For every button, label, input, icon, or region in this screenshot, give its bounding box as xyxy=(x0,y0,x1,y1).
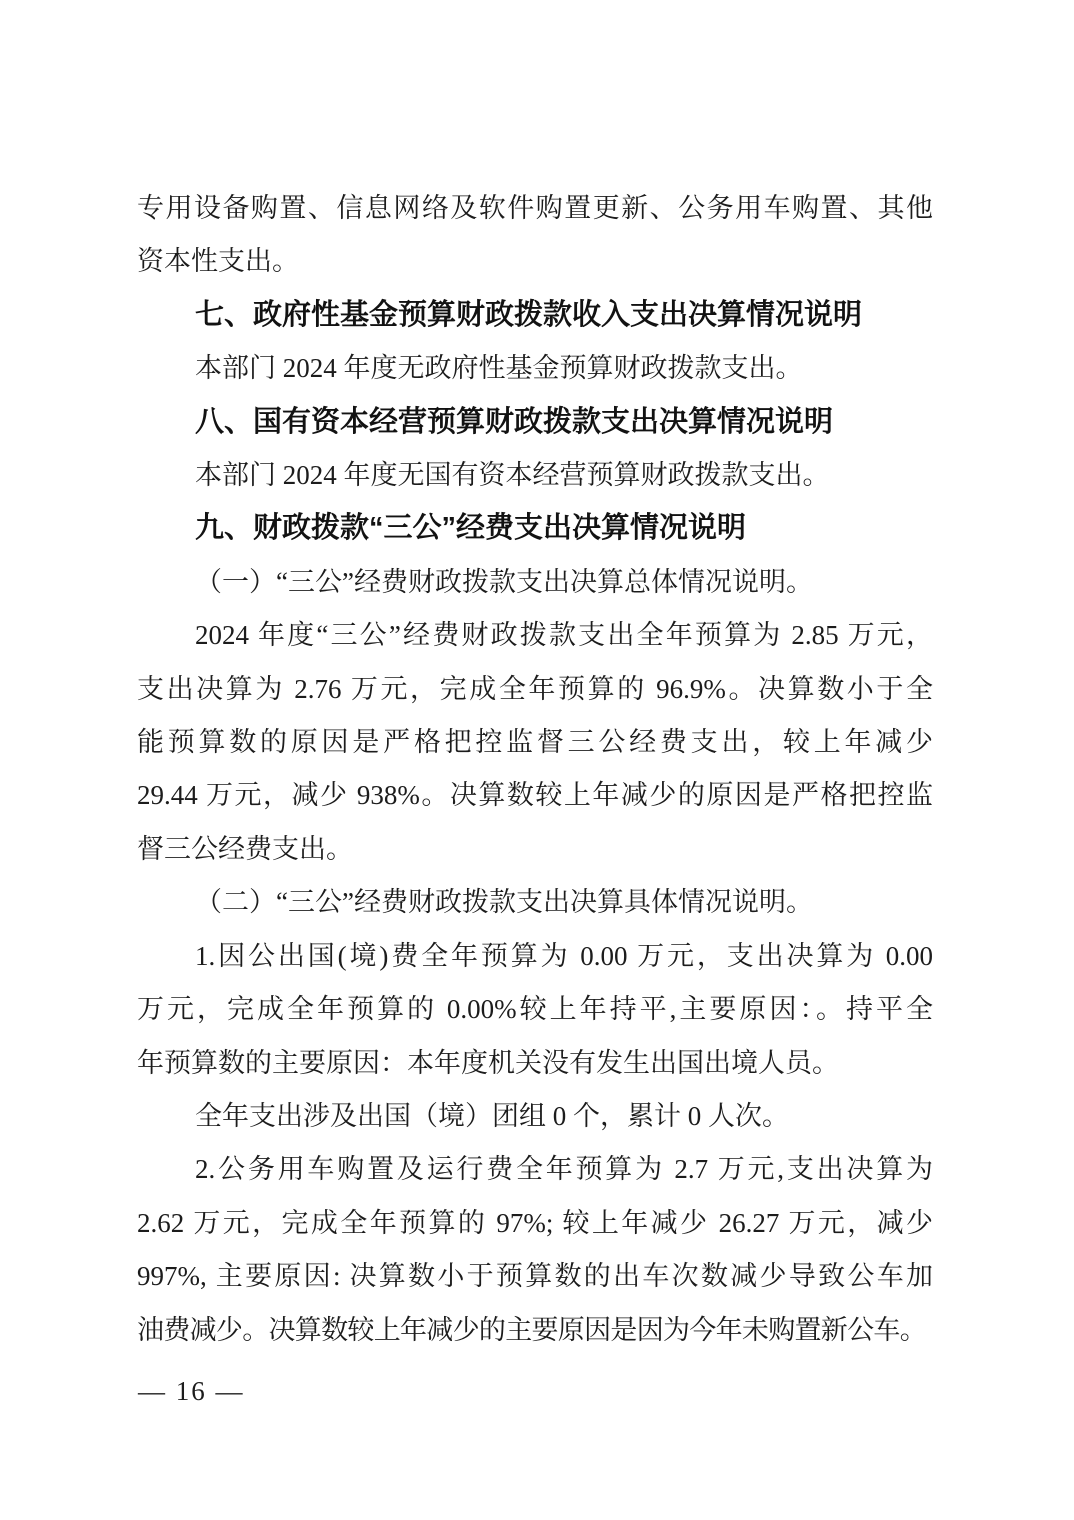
text-line: 年预算数的主要原因：本年度机关没有发生出国出境人员。 xyxy=(137,1037,933,1090)
paragraph: 2024 年度“三公”经费财政拨款支出全年预算为 2.85 万元，支出决算为 2… xyxy=(137,609,933,876)
text-line: 油费减少。决算数较上年减少的主要原因是因为今年未购置新公车。 xyxy=(137,1304,933,1357)
paragraph: （二）“三公”经费财政拨款支出决算具体情况说明。 xyxy=(137,876,933,929)
text-line: 1.因公出国(境)费全年预算为 0.00 万元，支出决算为 0.00 xyxy=(137,930,933,983)
text-line: 支出决算为 2.76 万元，完成全年预算的 96.9%。决算数小于全 xyxy=(137,663,933,716)
section-heading: 九、财政拨款“三公”经费支出决算情况说明 xyxy=(137,502,933,555)
page-footer: — 16 — xyxy=(138,1371,245,1411)
text-line: 2024 年度“三公”经费财政拨款支出全年预算为 2.85 万元， xyxy=(137,609,933,662)
text-line: 能预算数的原因是严格把控监督三公经费支出，较上年减少 xyxy=(137,716,933,769)
text-line: 997%, 主要原因: 决算数小于预算数的出车次数减少导致公车加 xyxy=(137,1250,933,1303)
text-line: 全年支出涉及出国（境）团组 0 个，累计 0 人次。 xyxy=(137,1090,933,1143)
text-line: 八、国有资本经营预算财政拨款支出决算情况说明 xyxy=(137,396,933,449)
text-line: 资本性支出。 xyxy=(137,235,933,288)
paragraph: 2.公务用车购置及运行费全年预算为 2.7 万元,支出决算为2.62 万元，完成… xyxy=(137,1143,933,1357)
paragraph: 全年支出涉及出国（境）团组 0 个，累计 0 人次。 xyxy=(137,1090,933,1143)
paragraph: 专用设备购置、信息网络及软件购置更新、公务用车购置、其他资本性支出。 xyxy=(137,182,933,289)
text-line: 七、政府性基金预算财政拨款收入支出决算情况说明 xyxy=(137,289,933,342)
text-line: 万元，完成全年预算的 0.00%较上年持平,主要原因：。持平全 xyxy=(137,983,933,1036)
text-line: 29.44 万元，减少 938%。决算数较上年减少的原因是严格把控监 xyxy=(137,769,933,822)
paragraph: 1.因公出国(境)费全年预算为 0.00 万元，支出决算为 0.00万元，完成全… xyxy=(137,930,933,1090)
text-line: 本部门 2024 年度无政府性基金预算财政拨款支出。 xyxy=(137,342,933,395)
section-heading: 七、政府性基金预算财政拨款收入支出决算情况说明 xyxy=(137,289,933,342)
document-page: 专用设备购置、信息网络及软件购置更新、公务用车购置、其他资本性支出。七、政府性基… xyxy=(0,0,1074,1520)
text-line: 督三公经费支出。 xyxy=(137,823,933,876)
text-line: 专用设备购置、信息网络及软件购置更新、公务用车购置、其他 xyxy=(137,182,933,235)
document-body: 专用设备购置、信息网络及软件购置更新、公务用车购置、其他资本性支出。七、政府性基… xyxy=(137,182,933,1357)
page-number: — 16 — xyxy=(138,1376,245,1406)
paragraph: （一）“三公”经费财政拨款支出决算总体情况说明。 xyxy=(137,556,933,609)
paragraph: 本部门 2024 年度无国有资本经营预算财政拨款支出。 xyxy=(137,449,933,502)
text-line: 本部门 2024 年度无国有资本经营预算财政拨款支出。 xyxy=(137,449,933,502)
text-line: （二）“三公”经费财政拨款支出决算具体情况说明。 xyxy=(137,876,933,929)
paragraph: 本部门 2024 年度无政府性基金预算财政拨款支出。 xyxy=(137,342,933,395)
text-line: 2.62 万元，完成全年预算的 97%; 较上年减少 26.27 万元，减少 xyxy=(137,1197,933,1250)
text-line: （一）“三公”经费财政拨款支出决算总体情况说明。 xyxy=(137,556,933,609)
text-line: 2.公务用车购置及运行费全年预算为 2.7 万元,支出决算为 xyxy=(137,1143,933,1196)
section-heading: 八、国有资本经营预算财政拨款支出决算情况说明 xyxy=(137,396,933,449)
text-line: 九、财政拨款“三公”经费支出决算情况说明 xyxy=(137,502,933,555)
